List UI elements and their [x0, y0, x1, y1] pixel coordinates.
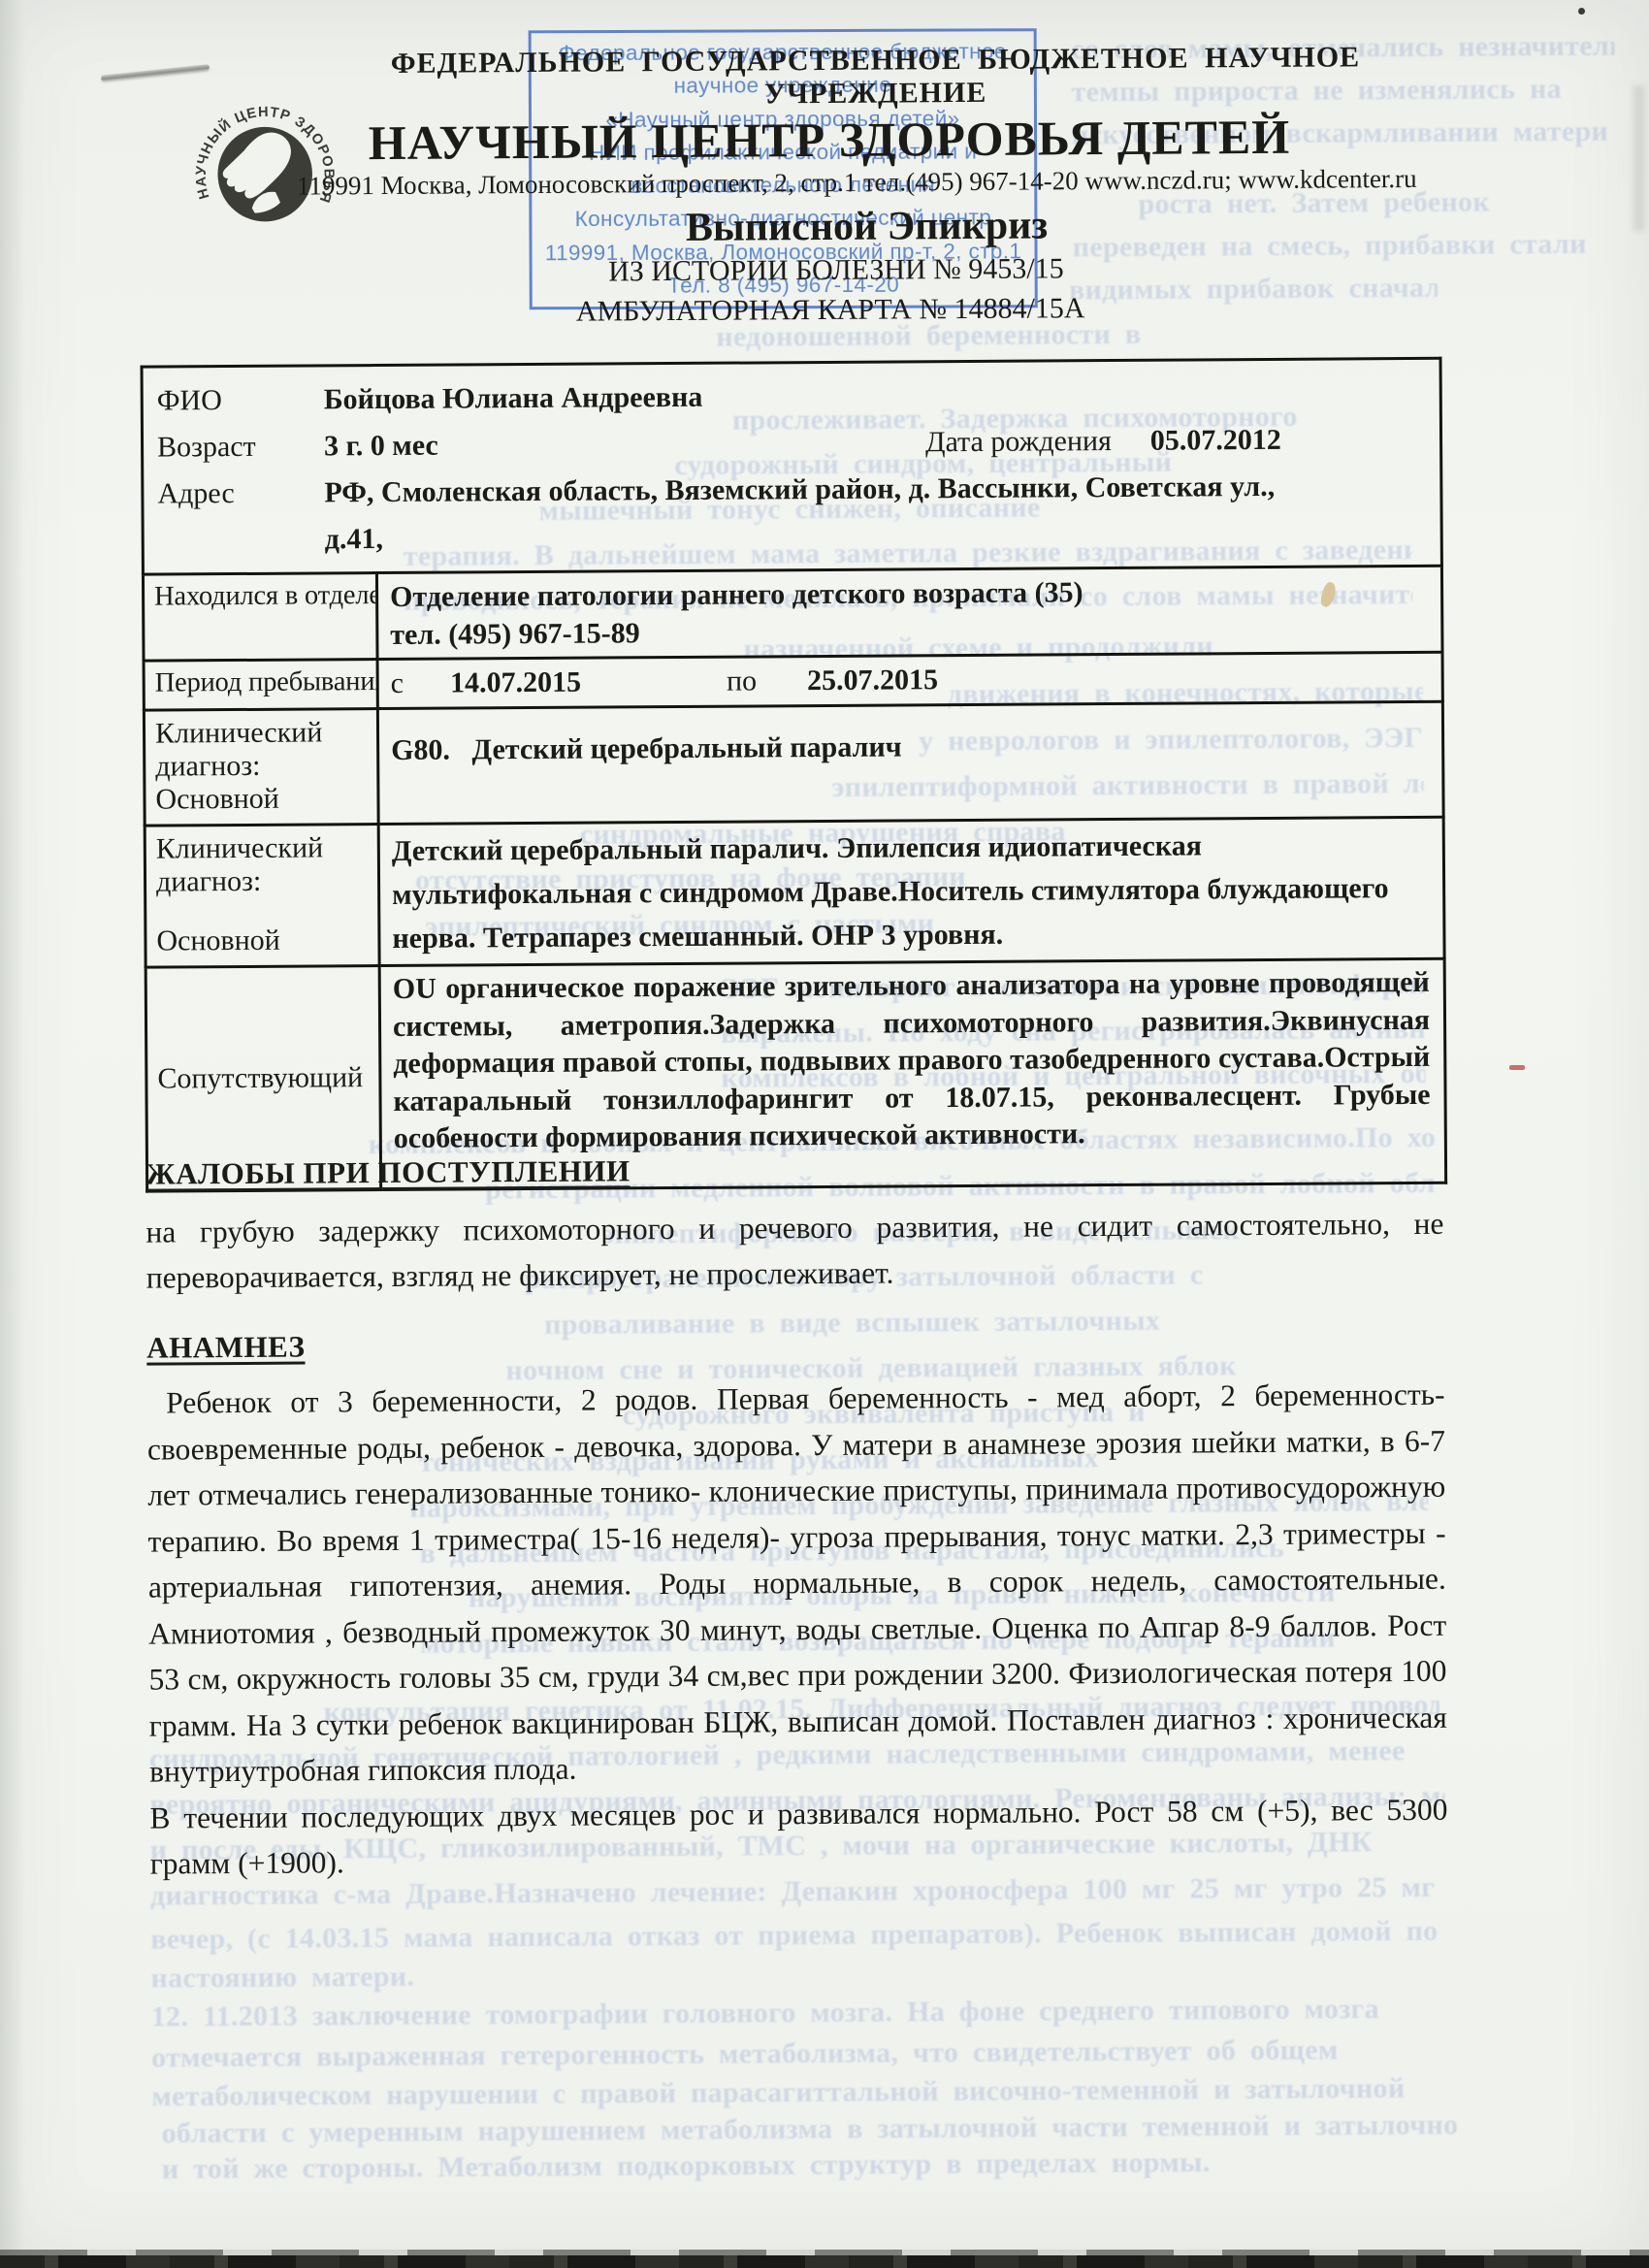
bleed-through-line: 12. 11.2013 заключение томографии головн… — [151, 1993, 1446, 2034]
department-cell: Отделение патологии раннего детского воз… — [376, 566, 1442, 659]
anamnesis-paragraph-2: В течении последующих двух месяцев рос и… — [149, 1786, 1448, 1887]
bleed-through-line: отмечается выраженная гетерогенность мет… — [151, 2033, 1446, 2075]
diagnosis1-label-cell: Клинический диагноз: Основной — [144, 709, 378, 826]
red-mark — [1509, 1065, 1525, 1070]
scanner-edge-band — [0, 2255, 1649, 2268]
address-row: Адрес РФ, Смоленская область, Вяземский … — [157, 463, 1427, 565]
complaints-section-title: ЖАЛОБЫ ПРИ ПОСТУПЛЕНИИ — [145, 1143, 1443, 1197]
period-to-label: по — [727, 662, 757, 700]
table-row: Период пребывания с 14.07.2015 по 25.07.… — [144, 652, 1442, 710]
bleed-through-line: и той же стороны. Метаболизм подкорковых… — [162, 2146, 1326, 2187]
diagnosis2-label-line1: Клинический диагноз: — [156, 831, 373, 898]
document-body: ЖАЛОБЫ ПРИ ПОСТУПЛЕНИИ на грубую задержк… — [145, 1143, 1448, 1887]
age-value: 3 г. 0 мес — [324, 423, 438, 470]
org-address-line: 119991 Москва, Ломоносовский проспект, 2… — [294, 164, 1419, 202]
stay-period-label: Период пребывания — [144, 660, 377, 711]
age-label: Возраст — [157, 423, 324, 470]
birthdate-group: Дата рождения 05.07.2012 — [925, 417, 1281, 466]
period-from-value: 14.07.2015 — [450, 664, 581, 703]
address-line1: РФ, Смоленская область, Вяземский район,… — [324, 464, 1275, 516]
document-header: ФЕДЕРАЛЬНОЕ ГОСУДАРСТВЕННОЕ БЮДЖЕТНОЕ НА… — [283, 41, 1410, 331]
scan-content: со слов мамы, отмечались незначительныет… — [0, 0, 1649, 2268]
org-name-line1: ФЕДЕРАЛЬНОЕ ГОСУДАРСТВЕННОЕ БЮДЖЕТНОЕ НА… — [312, 41, 1438, 114]
address-line2: д.41, — [325, 510, 1276, 563]
complaints-text: на грубую задержку психомоторного и рече… — [145, 1200, 1444, 1301]
fio-value: Бойцова Юлиана Андреевна — [324, 374, 703, 424]
bleed-through-line: метаболическом нарушении с правой параса… — [151, 2072, 1446, 2114]
address-value: РФ, Смоленская область, Вяземский район,… — [324, 464, 1275, 563]
scan-edge-shade — [0, 0, 25, 2268]
diagnosis2-label-cell: Клинический диагноз: Основной — [145, 825, 379, 968]
org-name-line2: НАУЧНЫЙ ЦЕНТР ЗДОРОВЬЯ ДЕТЕЙ — [267, 108, 1392, 172]
bleed-through-line: области с умеренным нарушением метаболиз… — [162, 2109, 1457, 2151]
diagnosis1-label-line2: Основной — [155, 782, 372, 816]
fio-label: ФИО — [157, 376, 324, 424]
scan-smudge — [1633, 85, 1645, 231]
anamnesis-section-title: АНАМНЕЗ — [146, 1315, 1444, 1370]
patient-identity-cell: ФИО Бойцова Юлиана Андреевна Возраст 3 г… — [142, 358, 1441, 574]
period-to-value: 25.07.2015 — [807, 661, 938, 700]
diagnosis1-label-line1: Клинический диагноз: — [155, 716, 372, 783]
table-row: ФИО Бойцова Юлиана Андреевна Возраст 3 г… — [142, 358, 1441, 574]
table-row: Находился в отделении Отделение патологи… — [143, 566, 1442, 661]
department-label: Находился в отделении — [143, 573, 377, 662]
table-row: Клинический диагноз: Основной Детский це… — [145, 817, 1444, 967]
diagnosis2-value: Детский церебральный паралич. Эпилепсия … — [378, 817, 1444, 965]
diagnosis2-label-line2: Основной — [156, 923, 373, 957]
address-label: Адрес — [157, 470, 325, 564]
fio-row: ФИО Бойцова Юлиана Андреевна — [157, 370, 1426, 425]
department-phone: тел. (495) 967-15-89 — [390, 609, 1427, 654]
scanned-page: со слов мамы, отмечались незначительныет… — [0, 0, 1649, 2268]
stay-period-cell: с 14.07.2015 по 25.07.2015 — [377, 652, 1442, 708]
birthdate-label: Дата рождения — [925, 418, 1112, 466]
anamnesis-paragraph-1: Ребенок от 3 беременности, 2 родов. Перв… — [146, 1372, 1447, 1795]
document-title: Выписной Эпикриз — [304, 200, 1429, 254]
bleed-through-line: настоянию матери. — [150, 1959, 635, 1994]
scan-speck — [1578, 8, 1585, 15]
case-history-number: ИЗ ИСТОРИИ БОЛЕЗНИ № 9453/15 — [274, 250, 1399, 291]
comorbid-label: Сопутствующий — [157, 1061, 363, 1095]
diagnosis1-value: G80. Детский церебральный паралич — [377, 701, 1443, 824]
patient-info-table: ФИО Бойцова Юлиана Андреевна Возраст 3 г… — [141, 357, 1448, 1193]
period-from-label: с — [391, 664, 404, 703]
table-row: Клинический диагноз: Основной G80. Детск… — [144, 701, 1443, 826]
birthdate-value: 05.07.2012 — [1150, 417, 1281, 465]
bleed-through-line: вечер, (с 14.03.15 мама написала отказ о… — [150, 1915, 1445, 1957]
